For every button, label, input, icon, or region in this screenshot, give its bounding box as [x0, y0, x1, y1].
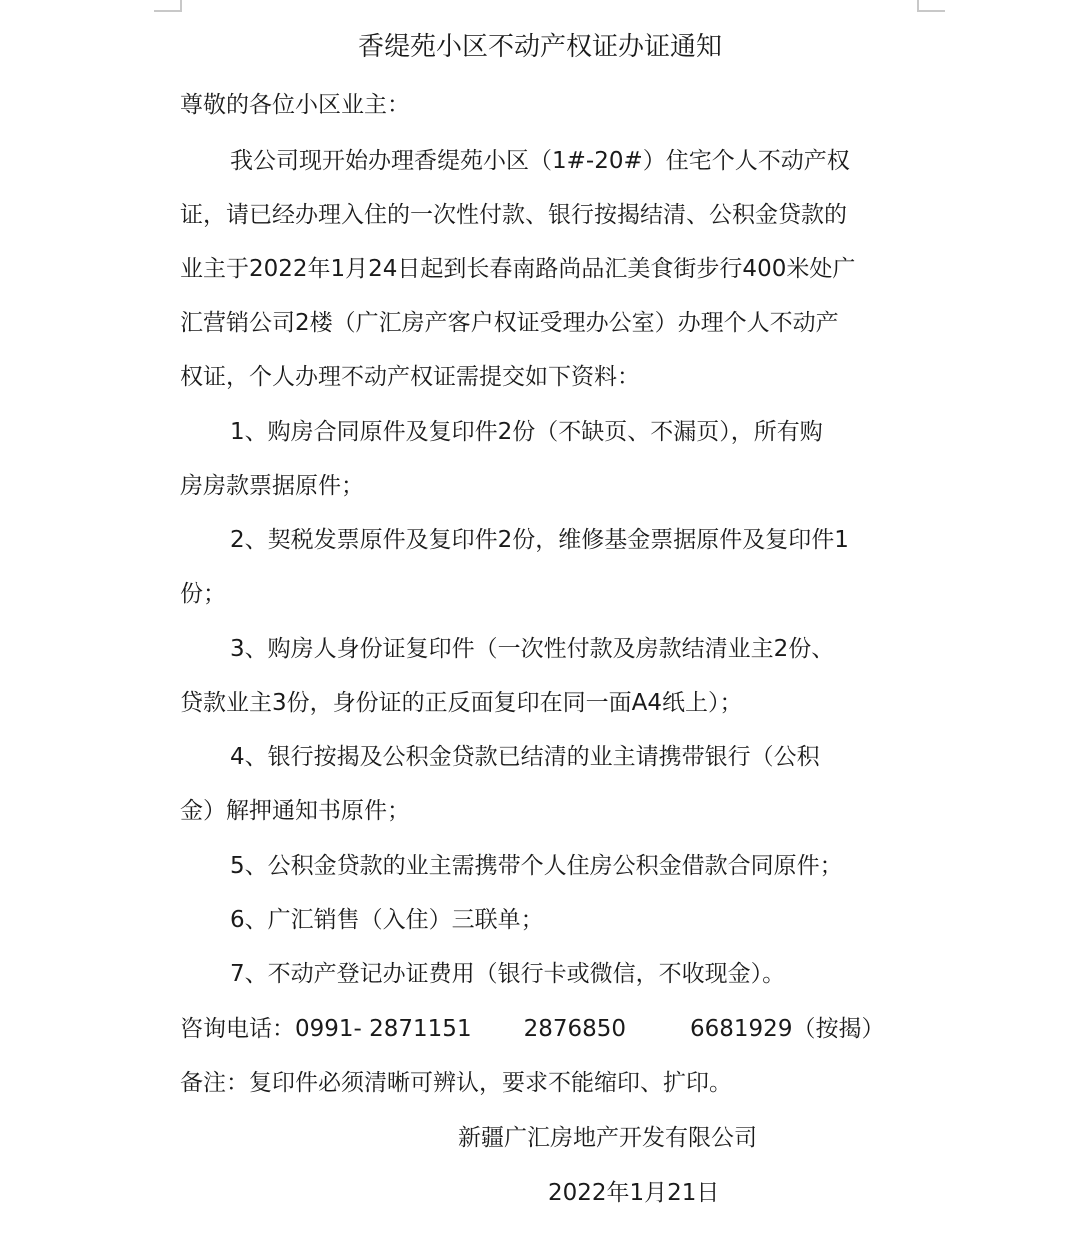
item-3-line-2: 贷款业主3份，身份证的正反面复印在同一面A4纸上）；: [180, 684, 920, 717]
page-corner-mark-right: [917, 0, 945, 12]
note: 备注：复印件必须清晰可辨认，要求不能缩印、扩印。: [180, 1064, 920, 1097]
phone-2: 2876850: [524, 1016, 626, 1042]
salutation: 尊敬的各位小区业主：: [180, 86, 920, 119]
phone-1: 0991- 2871151: [295, 1016, 472, 1042]
contact-label: 咨询电话：: [180, 1016, 295, 1042]
page-corner-mark-left: [154, 0, 182, 12]
contact-phones: 咨询电话：0991- 287115128768506681929（按揭）: [180, 1010, 920, 1043]
item-5: 5、公积金贷款的业主需携带个人住房公积金借款合同原件；: [230, 847, 970, 880]
item-1-line-2: 房房款票据原件；: [180, 467, 920, 500]
item-2-line-2: 份；: [180, 575, 920, 608]
item-1-line-1: 1、购房合同原件及复印件2份（不缺页、不漏页），所有购: [230, 413, 970, 446]
item-4-line-2: 金）解押通知书原件；: [180, 792, 920, 825]
intro-line-2: 证，请已经办理入住的一次性付款、银行按揭结清、公积金贷款的: [180, 196, 920, 229]
signature-company: 新疆广汇房地产开发有限公司: [458, 1119, 757, 1152]
item-7: 7、不动产登记办证费用（银行卡或微信，不收现金）。: [230, 955, 970, 988]
document-title: 香缇苑小区不动产权证办证通知: [0, 26, 1080, 63]
intro-line-1: 我公司现开始办理香缇苑小区（1#-20#）住宅个人不动产权: [230, 142, 970, 175]
intro-line-4: 汇营销公司2楼（广汇房产客户权证受理办公室）办理个人不动产: [180, 304, 920, 337]
phone-3: 6681929（按揭）: [690, 1016, 884, 1042]
intro-line-5: 权证，个人办理不动产权证需提交如下资料：: [180, 358, 920, 391]
item-2-line-1: 2、契税发票原件及复印件2份，维修基金票据原件及复印件1: [230, 521, 970, 554]
intro-line-3: 业主于2022年1月24日起到长春南路尚品汇美食街步行400米处广: [180, 250, 920, 283]
item-3-line-1: 3、购房人身份证复印件（一次性付款及房款结清业主2份、: [230, 630, 970, 663]
item-6: 6、广汇销售（入住）三联单；: [230, 901, 970, 934]
item-4-line-1: 4、银行按揭及公积金贷款已结清的业主请携带银行（公积: [230, 738, 970, 771]
signature-date: 2022年1月21日: [548, 1174, 719, 1207]
